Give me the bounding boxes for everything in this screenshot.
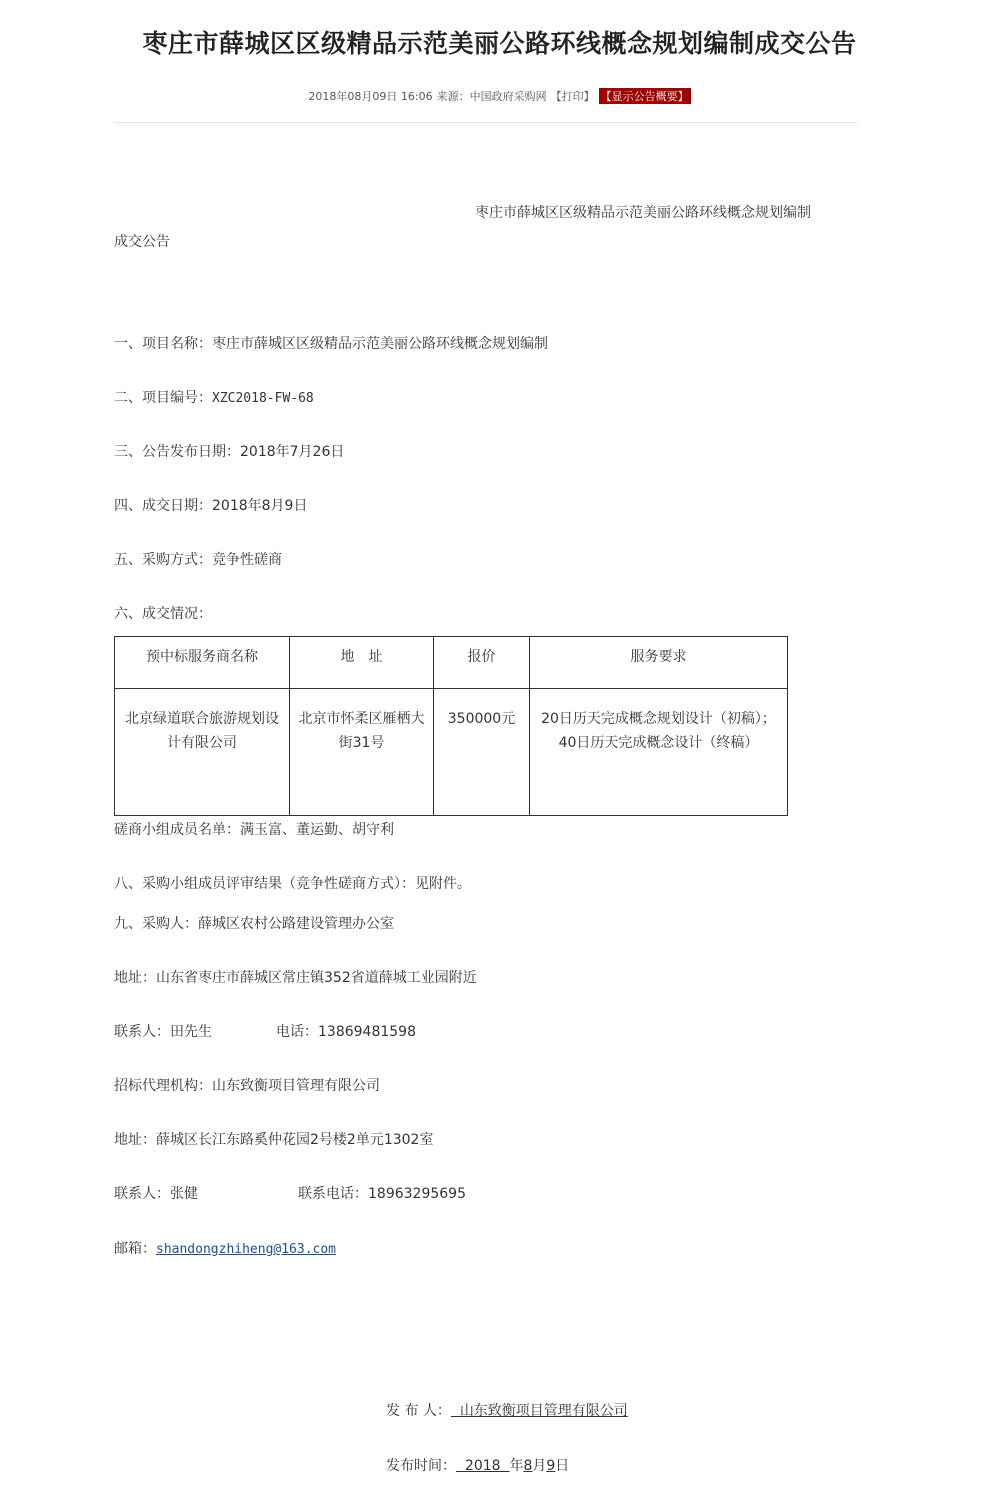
agency: 招标代理机构：山东致衡项目管理有限公司 [114,1075,380,1095]
publish-time-label: 发布时间： [386,1458,456,1474]
item-label: 四、成交日期： [114,498,212,514]
purchaser: 九、采购人：薛城区农村公路建设管理办公室 [114,913,394,933]
publish-time-row: 发布时间： 2018 年8月9日 [386,1455,569,1475]
article-meta: 2018年08月09日 16:06来源：中国政府采购网【打印】【显示公告概要】 [0,88,999,104]
table-cell-vendor: 北京绿道联合旅游规划设计有限公司 [115,689,290,816]
table-header-cell: 预中标服务商名称 [115,637,290,689]
agency-phone: 联系电话：18963295695 [298,1183,466,1203]
item-deal-date: 四、成交日期：2018年8月9日 [114,495,307,515]
publisher-value: 山东致衡项目管理有限公司 [460,1403,628,1419]
table-cell-service-req: 20日历天完成概念规划设计（初稿）；40日历天完成概念设计（终稿） [530,689,788,816]
publisher-name: 山东致衡项目管理有限公司 [451,1403,628,1419]
table-cell-address: 北京市怀柔区雁栖大街31号 [290,689,434,816]
item-project-number: 二、项目编号：XZC2018-FW-68 [114,387,314,407]
purchaser-contact: 联系人：田先生 [114,1021,212,1041]
item-procurement-method: 五、采购方式：竞争性磋商 [114,549,282,569]
table-cell-price: 350000元 [434,689,530,816]
day-suffix: 日 [555,1458,569,1474]
item-label: 五、采购方式： [114,552,212,568]
agency-address: 地址：薛城区长江东路奚仲花园2号楼2单元1302室 [114,1129,433,1149]
item-value: 竞争性磋商 [212,552,282,568]
email-link[interactable]: shandongzhiheng@163.com [156,1242,336,1257]
purchaser-address: 地址：山东省枣庄市薛城区常庄镇352省道薛城工业园附近 [114,967,477,987]
source-name: 中国政府采购网 [470,88,547,104]
item-label: 六、成交情况： [114,606,212,622]
email-label: 邮箱： [114,1241,156,1257]
publisher-label: 发 布 人： [386,1403,451,1419]
subtitle-line-2: 成交公告 [114,231,170,251]
review-result: 八、采购小组成员评审结果（竞争性磋商方式）：见附件。 [114,873,471,893]
publish-year-value: 2018 [465,1458,501,1474]
subtitle-line-1: 枣庄市薛城区区级精品示范美丽公路环线概念规划编制 [475,202,811,222]
item-value: 2018年7月26日 [240,444,344,460]
item-label: 二、项目编号： [114,390,212,406]
table-header-row: 预中标服务商名称 地 址 报价 服务要求 [115,637,788,689]
table-header-cell: 服务要求 [530,637,788,689]
source-label: 来源： [437,88,470,104]
item-label: 一、项目名称： [114,336,212,352]
item-label: 三、公告发布日期： [114,444,240,460]
item-deal-status: 六、成交情况： [114,603,212,623]
email-row: 邮箱：shandongzhiheng@163.com [114,1238,336,1258]
show-summary-button[interactable]: 【显示公告概要】 [599,88,691,104]
year-suffix: 年 [509,1458,523,1474]
publish-datetime: 2018年08月09日 16:06 [308,88,432,104]
publish-day: 9 [546,1458,555,1474]
header-divider [114,122,858,123]
panel-members: 磋商小组成员名单：满玉富、董运勤、胡守利 [114,819,394,839]
item-project-name: 一、项目名称：枣庄市薛城区区级精品示范美丽公路环线概念规划编制 [114,333,548,353]
item-value: 2018年8月9日 [212,498,307,514]
item-value: XZC2018-FW-68 [212,391,314,406]
table-header-cell: 报价 [434,637,530,689]
item-value: 枣庄市薛城区区级精品示范美丽公路环线概念规划编制 [212,336,548,352]
print-button[interactable]: 【打印】 [551,88,595,104]
month-suffix: 月 [532,1458,546,1474]
publisher-row: 发 布 人： 山东致衡项目管理有限公司 [386,1400,628,1420]
item-announce-date: 三、公告发布日期：2018年7月26日 [114,441,344,461]
page-title: 枣庄市薛城区区级精品示范美丽公路环线概念规划编制成交公告 [0,24,999,60]
table-header-cell: 地 址 [290,637,434,689]
agency-contact: 联系人：张健 [114,1183,198,1203]
publish-year: 2018 [456,1458,509,1474]
deal-table: 预中标服务商名称 地 址 报价 服务要求 北京绿道联合旅游规划设计有限公司 北京… [114,636,788,816]
table-row: 北京绿道联合旅游规划设计有限公司 北京市怀柔区雁栖大街31号 350000元 2… [115,689,788,816]
purchaser-phone: 电话：13869481598 [276,1021,416,1041]
